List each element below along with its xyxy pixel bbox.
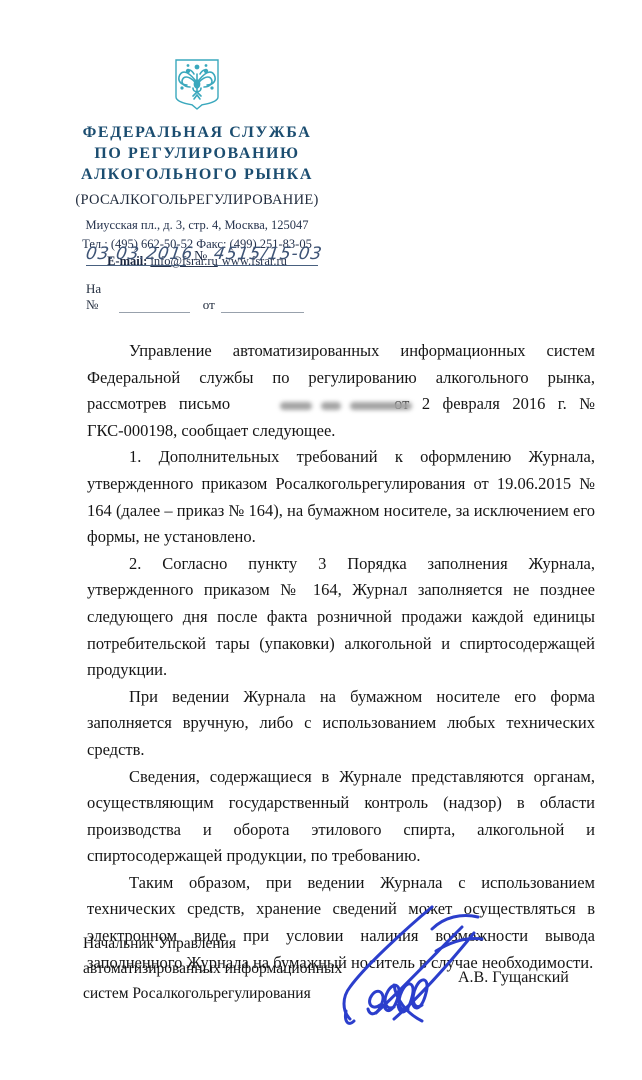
outgoing-ref-row: 03.03.2016 № 4515/15-03 [86, 244, 304, 266]
org-name-line2: ПО РЕГУЛИРОВАНИЮ [53, 143, 341, 164]
letterhead: ФЕДЕРАЛЬНАЯ СЛУЖБА ПО РЕГУЛИРОВАНИЮ АЛКО… [53, 58, 341, 270]
paragraph-intro: Управление автоматизированных информацио… [87, 338, 595, 444]
reference-block: 03.03.2016 № 4515/15-03 На № от [86, 244, 304, 313]
outgoing-date-field: 03.03.2016 [86, 244, 186, 266]
paragraph-1: 1. Дополнительных требований к оформлени… [87, 444, 595, 550]
org-address: Миусская пл., д. 3, стр. 4, Москва, 1250… [53, 217, 341, 234]
org-name: ФЕДЕРАЛЬНАЯ СЛУЖБА ПО РЕГУЛИРОВАНИЮ АЛКО… [53, 122, 341, 185]
signer-title-line2: автоматизированных информационных [83, 956, 363, 981]
incoming-ref-row: На № от [86, 281, 304, 313]
incoming-date-blank [221, 298, 304, 313]
handwritten-number: 4515/15-03 [213, 244, 324, 264]
signer-name: А.В. Гущанский [458, 969, 618, 987]
signer-title-line1: Начальник Управления [83, 931, 363, 956]
number-sign: № [194, 249, 207, 265]
handwritten-date: 03.03.2016 [85, 244, 195, 264]
state-emblem-icon [53, 58, 341, 114]
scanned-letter-page: ФЕДЕРАЛЬНАЯ СЛУЖБА ПО РЕГУЛИРОВАНИЮ АЛКО… [0, 0, 642, 1080]
signer-title-line3: систем Росалкогольрегулирования [83, 981, 363, 1006]
org-name-line3: АЛКОГОЛЬНОГО РЫНКА [53, 164, 341, 185]
outgoing-number-field: 4515/15-03 [214, 244, 318, 266]
letter-body: Управление автоматизированных информацио… [87, 338, 595, 976]
handwritten-signature-icon [336, 893, 486, 1038]
paragraph-3: При ведении Журнала на бумажном носителе… [87, 684, 595, 764]
org-name-line1: ФЕДЕРАЛЬНАЯ СЛУЖБА [53, 122, 341, 143]
ot-label: от [203, 297, 215, 313]
paragraph-2: 2. Согласно пункту 3 Порядка заполнения … [87, 551, 595, 684]
redacted-addressee [238, 392, 386, 404]
signer-job-title: Начальник Управления автоматизированных … [83, 931, 363, 1006]
na-no-label: На № [86, 281, 114, 313]
paragraph-4: Сведения, содержащиеся в Журнале предста… [87, 764, 595, 870]
incoming-number-blank [119, 298, 189, 313]
org-short-name: (РОСАЛКОГОЛЬРЕГУЛИРОВАНИЕ) [53, 192, 341, 209]
